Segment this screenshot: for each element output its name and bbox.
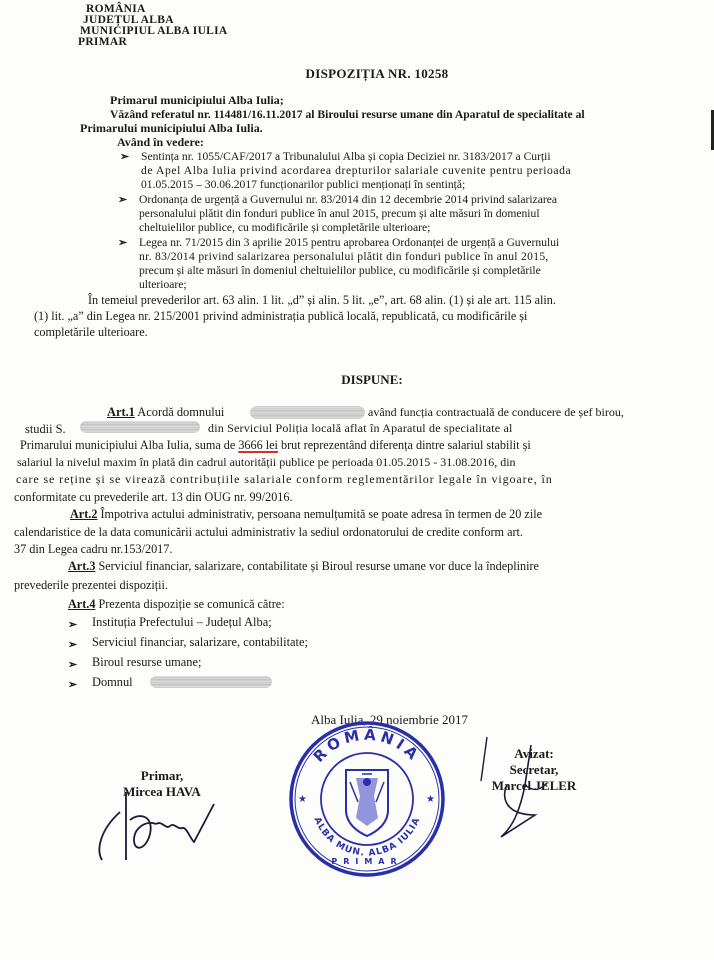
arrow-bullet-icon: ➢ <box>68 678 77 691</box>
consideration-3-line-3: precum și alte măsuri în domeniul cheltu… <box>139 263 541 278</box>
legal-basis-line-3: completările ulterioare. <box>34 325 148 340</box>
amount-value: 3666 lei <box>238 438 278 452</box>
svg-text:★: ★ <box>426 794 435 805</box>
article-3-text-2: prevederile prezentei dispoziții. <box>14 578 168 593</box>
article-3-text-1: Serviciul financiar, salarizare, contabi… <box>98 559 538 573</box>
article-4-text-1: Prezenta dispoziție se comunică către: <box>98 597 284 611</box>
legal-basis-line-1: În temeiul prevederilor art. 63 alin. 1 … <box>88 293 556 308</box>
consideration-3-line-1: Legea nr. 71/2015 din 3 aprilie 2015 pen… <box>139 235 559 250</box>
redacted-name <box>150 676 272 688</box>
arrow-bullet-icon: ➢ <box>120 150 129 163</box>
article-1-text-2b: din Serviciul Poliția locală aflat în Ap… <box>208 421 513 436</box>
article-2-text-1: Împotriva actului administrativ, persoan… <box>100 507 542 521</box>
arrow-bullet-icon: ➢ <box>68 658 77 671</box>
article-4-line-1: Art.4 Prezenta dispoziție se comunică că… <box>68 597 285 612</box>
arrow-bullet-icon: ➢ <box>68 638 77 651</box>
legal-basis-line-2: (1) lit. „a” din Legea nr. 215/2001 priv… <box>34 309 527 324</box>
recipient-1: Instituția Prefectului – Județul Alba; <box>92 615 272 630</box>
article-2-line-1: Art.2 Împotriva actului administrativ, p… <box>70 507 542 522</box>
article-1-text-1b: având funcția contractuală de conducere … <box>368 405 624 420</box>
article-1-text-3b: brut reprezentând diferența dintre salar… <box>281 438 531 452</box>
consideration-1-line-3: 01.05.2015 – 30.06.2017 funcționarilor p… <box>141 177 465 192</box>
document-title: DISPOZIȚIA NR. 10258 <box>0 66 714 82</box>
svg-text:ROMÂNIA: ROMÂNIA <box>310 725 425 766</box>
consideration-3-line-2: nr. 83/2014 privind salarizarea personal… <box>139 249 549 264</box>
consideration-3-line-4: ulterioare; <box>139 277 187 292</box>
mayor-signature-icon <box>90 790 220 870</box>
preamble-line-4: Având în vedere: <box>117 135 204 150</box>
article-3-label: Art.3 <box>68 559 95 573</box>
redacted-name <box>250 406 365 419</box>
article-4-label: Art.4 <box>68 597 95 611</box>
article-1-text-5: care se reține și se virează contribuții… <box>16 472 553 487</box>
article-1-line-3: Primarului municipiului Alba Iulia, suma… <box>20 438 531 453</box>
arrow-bullet-icon: ➢ <box>68 618 77 631</box>
consideration-2-line-3: cheltuielilor publice, cu modificările ș… <box>139 220 430 235</box>
article-1-line-1a: Art.1 Acordă domnului <box>107 405 224 420</box>
preamble-line-3: Primarului municipiului Alba Iulia. <box>80 121 263 136</box>
consideration-2-line-1: Ordonanța de urgență a Guvernului nr. 83… <box>139 192 557 207</box>
article-2-label: Art.2 <box>70 507 97 521</box>
issuer-header: ROMÂNIA JUDEȚUL ALBA MUNICIPIUL ALBA IUL… <box>78 4 228 48</box>
article-1-text-3a: Primarului municipiului Alba Iulia, suma… <box>20 438 235 452</box>
article-3-line-1: Art.3 Serviciul financiar, salarizare, c… <box>68 559 539 574</box>
consideration-2-line-2: personalului plătit din fonduri publice … <box>139 206 540 221</box>
official-stamp-icon: ROMÂNIA ALBA MUN. ALBA IULIA ★ ★ PRIMAR <box>286 718 448 880</box>
article-1-text-6: conformitate cu prevederile art. 13 din … <box>14 490 293 505</box>
article-2-text-2: calendaristice de la data comunicării ac… <box>14 525 523 540</box>
article-1-text-4: salariul la nivelul maxim în plată din c… <box>17 455 516 470</box>
recipient-3: Biroul resurse umane; <box>92 655 201 670</box>
article-1-text-2a: studii S. <box>25 422 66 437</box>
svg-text:★: ★ <box>298 794 307 805</box>
mayor-title: Primar, <box>102 768 222 784</box>
article-2-text-3: 37 din Legea cadru nr.153/2017. <box>14 542 172 557</box>
scanned-document: ROMÂNIA JUDEȚUL ALBA MUNICIPIUL ALBA IUL… <box>0 0 714 960</box>
arrow-bullet-icon: ➢ <box>118 193 127 206</box>
article-1-label: Art.1 <box>107 405 135 419</box>
preamble-line-1: Primarul municipiului Alba Iulia; <box>110 93 284 108</box>
svg-text:PRIMAR: PRIMAR <box>331 857 402 866</box>
arrow-bullet-icon: ➢ <box>118 236 127 249</box>
consideration-1-line-1: Sentința nr. 1055/CAF/2017 a Tribunalulu… <box>141 149 551 164</box>
dispune-heading: DISPUNE: <box>0 372 714 388</box>
preamble-line-2: Văzând referatul nr. 114481/16.11.2017 a… <box>110 107 705 122</box>
header-office: PRIMAR <box>78 37 228 48</box>
recipient-4: Domnul <box>92 675 133 690</box>
consideration-1-line-2: de Apel Alba Iulia privind acordarea dre… <box>141 163 571 178</box>
secretary-signature-icon <box>475 735 595 855</box>
redacted-name <box>80 421 200 433</box>
recipient-2: Serviciul financiar, salarizare, contabi… <box>92 635 308 650</box>
article-1-text-1a: Acordă domnului <box>137 405 224 419</box>
